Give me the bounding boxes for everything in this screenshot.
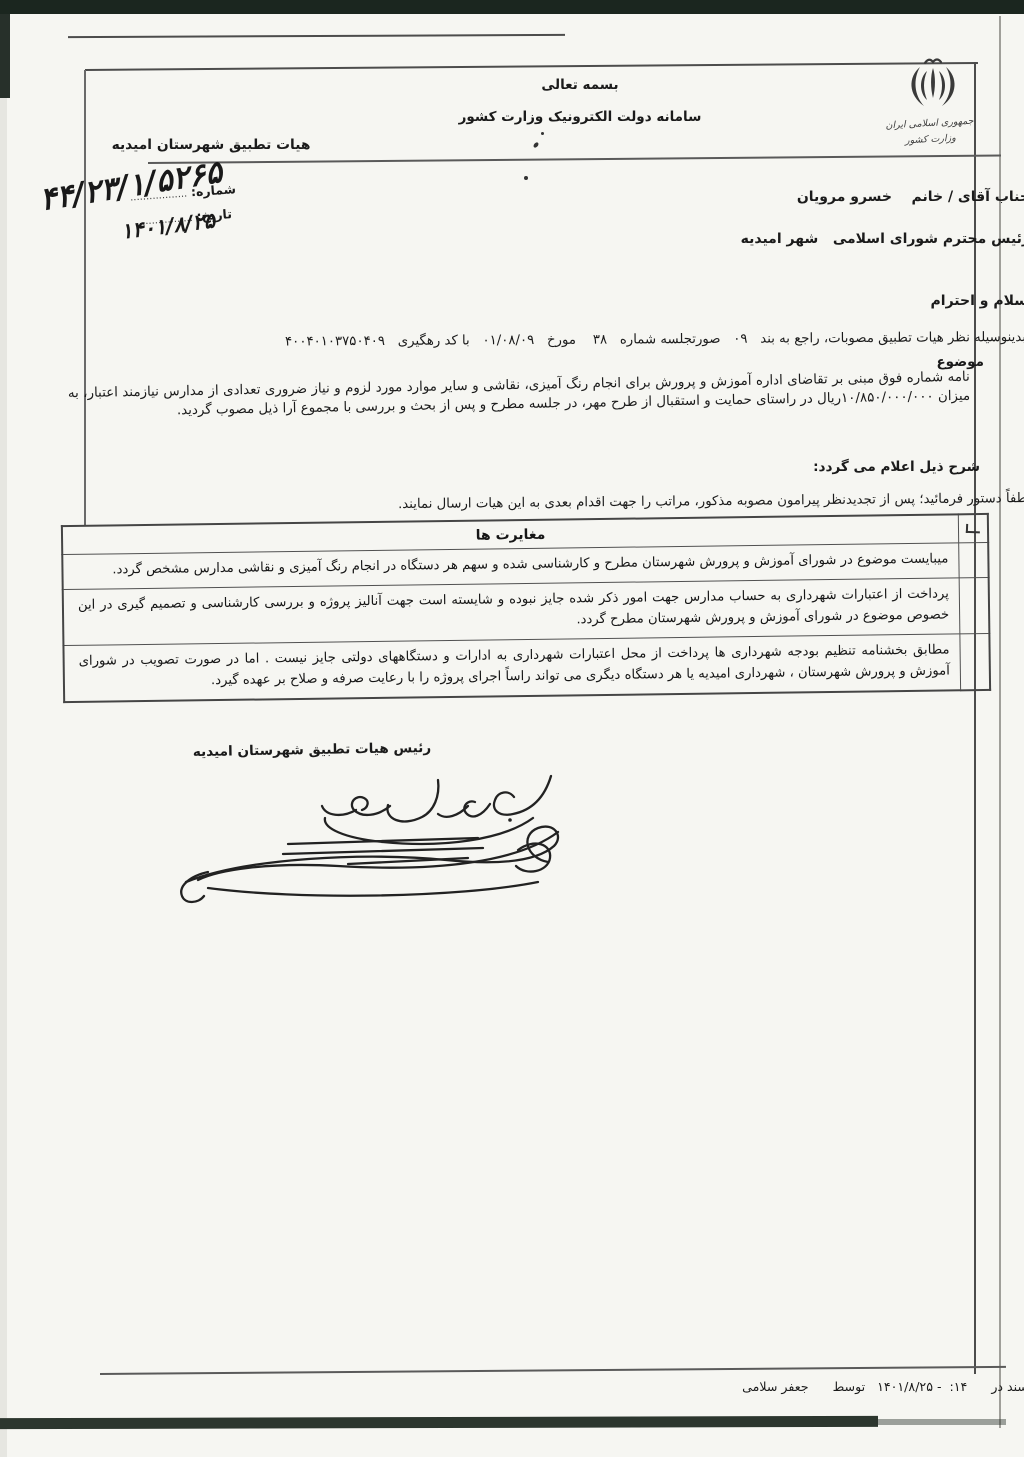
frame-top-border (85, 62, 978, 71)
scanner-top-band (0, 0, 1024, 14)
page-right-edge (999, 16, 1001, 1428)
frame-left-border (84, 70, 86, 525)
table-corner-cell (958, 514, 988, 543)
scanner-bottom-band-fade (876, 1419, 1006, 1425)
scanner-bottom-band (0, 1416, 878, 1429)
table-row-text: مطابق بخشنامه تنظیم بودجه شهرداری ها پرد… (63, 634, 960, 702)
footer-divider (100, 1366, 1006, 1375)
signature-scribble (138, 754, 598, 908)
subject-body: نامه شماره فوق مبنی بر تقاضای اداره آموز… (68, 368, 971, 423)
salutation: سلام و احترام (931, 293, 1024, 309)
org-label: هیات تطبیق شهرستان امیدیه (96, 137, 326, 153)
scanned-letter-page: بسمه تعالی سامانه دولت الکترونیک وزارت ک… (0, 0, 1024, 1457)
letterhead-divider (148, 155, 1001, 164)
recipient-title-line: رئیس محترم شورای اسلامی شهر امیدیه (741, 231, 1024, 247)
bismillah: بسمه تعالی (440, 77, 720, 93)
instruction-line: لطفاً دستور فرمائید؛ پس از تجدیدنظر پیرا… (398, 491, 1024, 512)
ink-speck (533, 141, 540, 148)
scan-edge-shadow (0, 14, 10, 98)
page-left-edge (0, 98, 7, 1457)
system-title: سامانه دولت الکترونیک وزارت کشور (395, 109, 765, 125)
iran-emblem-icon (893, 56, 973, 120)
recipient-name-line: جناب آقای / خانم خسرو مرویان (797, 189, 1024, 205)
corner-mark (966, 524, 980, 534)
top-rule (68, 34, 565, 38)
ink-speck (541, 132, 544, 135)
declaration-line: شرح ذیل اعلام می گردد: (813, 459, 980, 475)
document-footer: سند در ۱۴: - ۱۴۰۱/۸/۲۵ توسط جعفر سلامی (742, 1379, 1024, 1394)
ink-speck (524, 176, 528, 180)
emblem-caption: جمهوری اسلامی ایران وزارت کشور (877, 113, 983, 151)
reference-line: بدینوسیله نظر هیات تطبیق مصوبات، راجع به… (285, 330, 1024, 350)
table-row: مطابق بخشنامه تنظیم بودجه شهرداری ها پرد… (63, 634, 990, 703)
frame-right-border (974, 62, 976, 1374)
discrepancies-table: مغایرت ها میبایست موضوع در شورای آموزش و… (61, 513, 991, 703)
